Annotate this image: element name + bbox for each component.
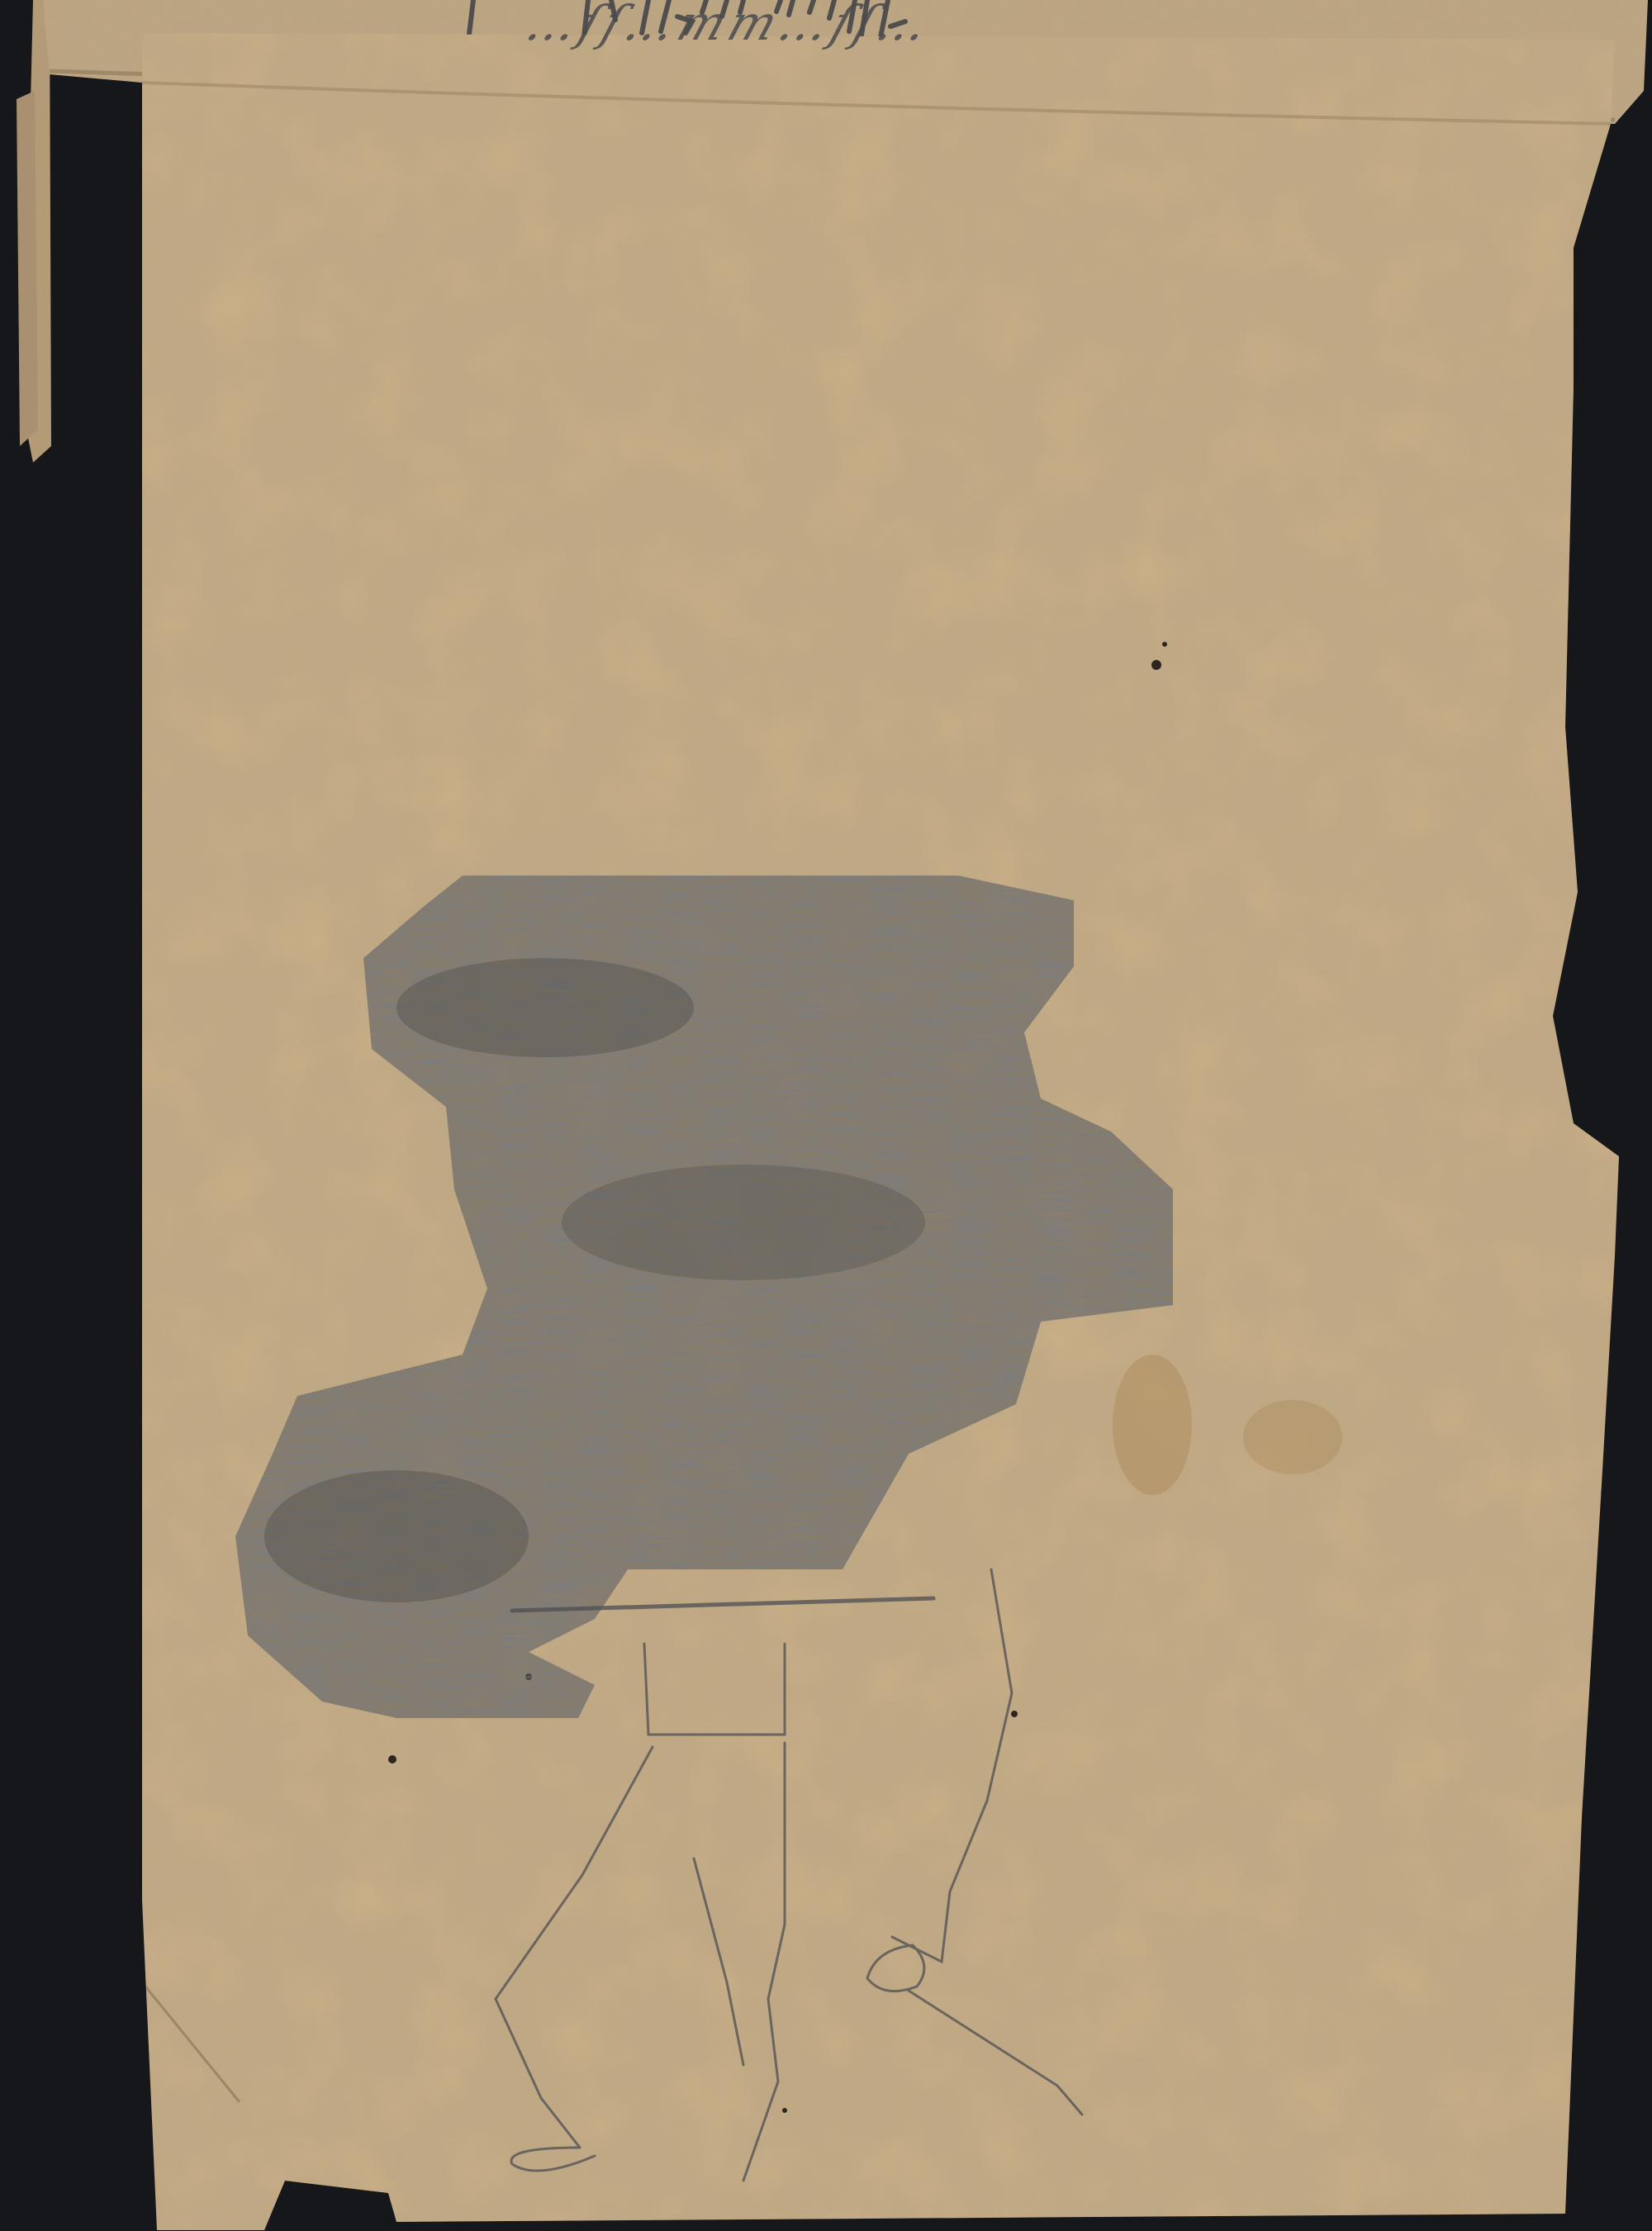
paper-sheet: [0, 0, 1652, 2231]
stacked-page-edges: [17, 0, 51, 463]
top-handwriting: …ſſ…mm…ſſ…: [520, 0, 941, 51]
scan-stage: …ſſ…mm…ſſ…: [0, 0, 1652, 2231]
document-scan: [0, 0, 1652, 2231]
